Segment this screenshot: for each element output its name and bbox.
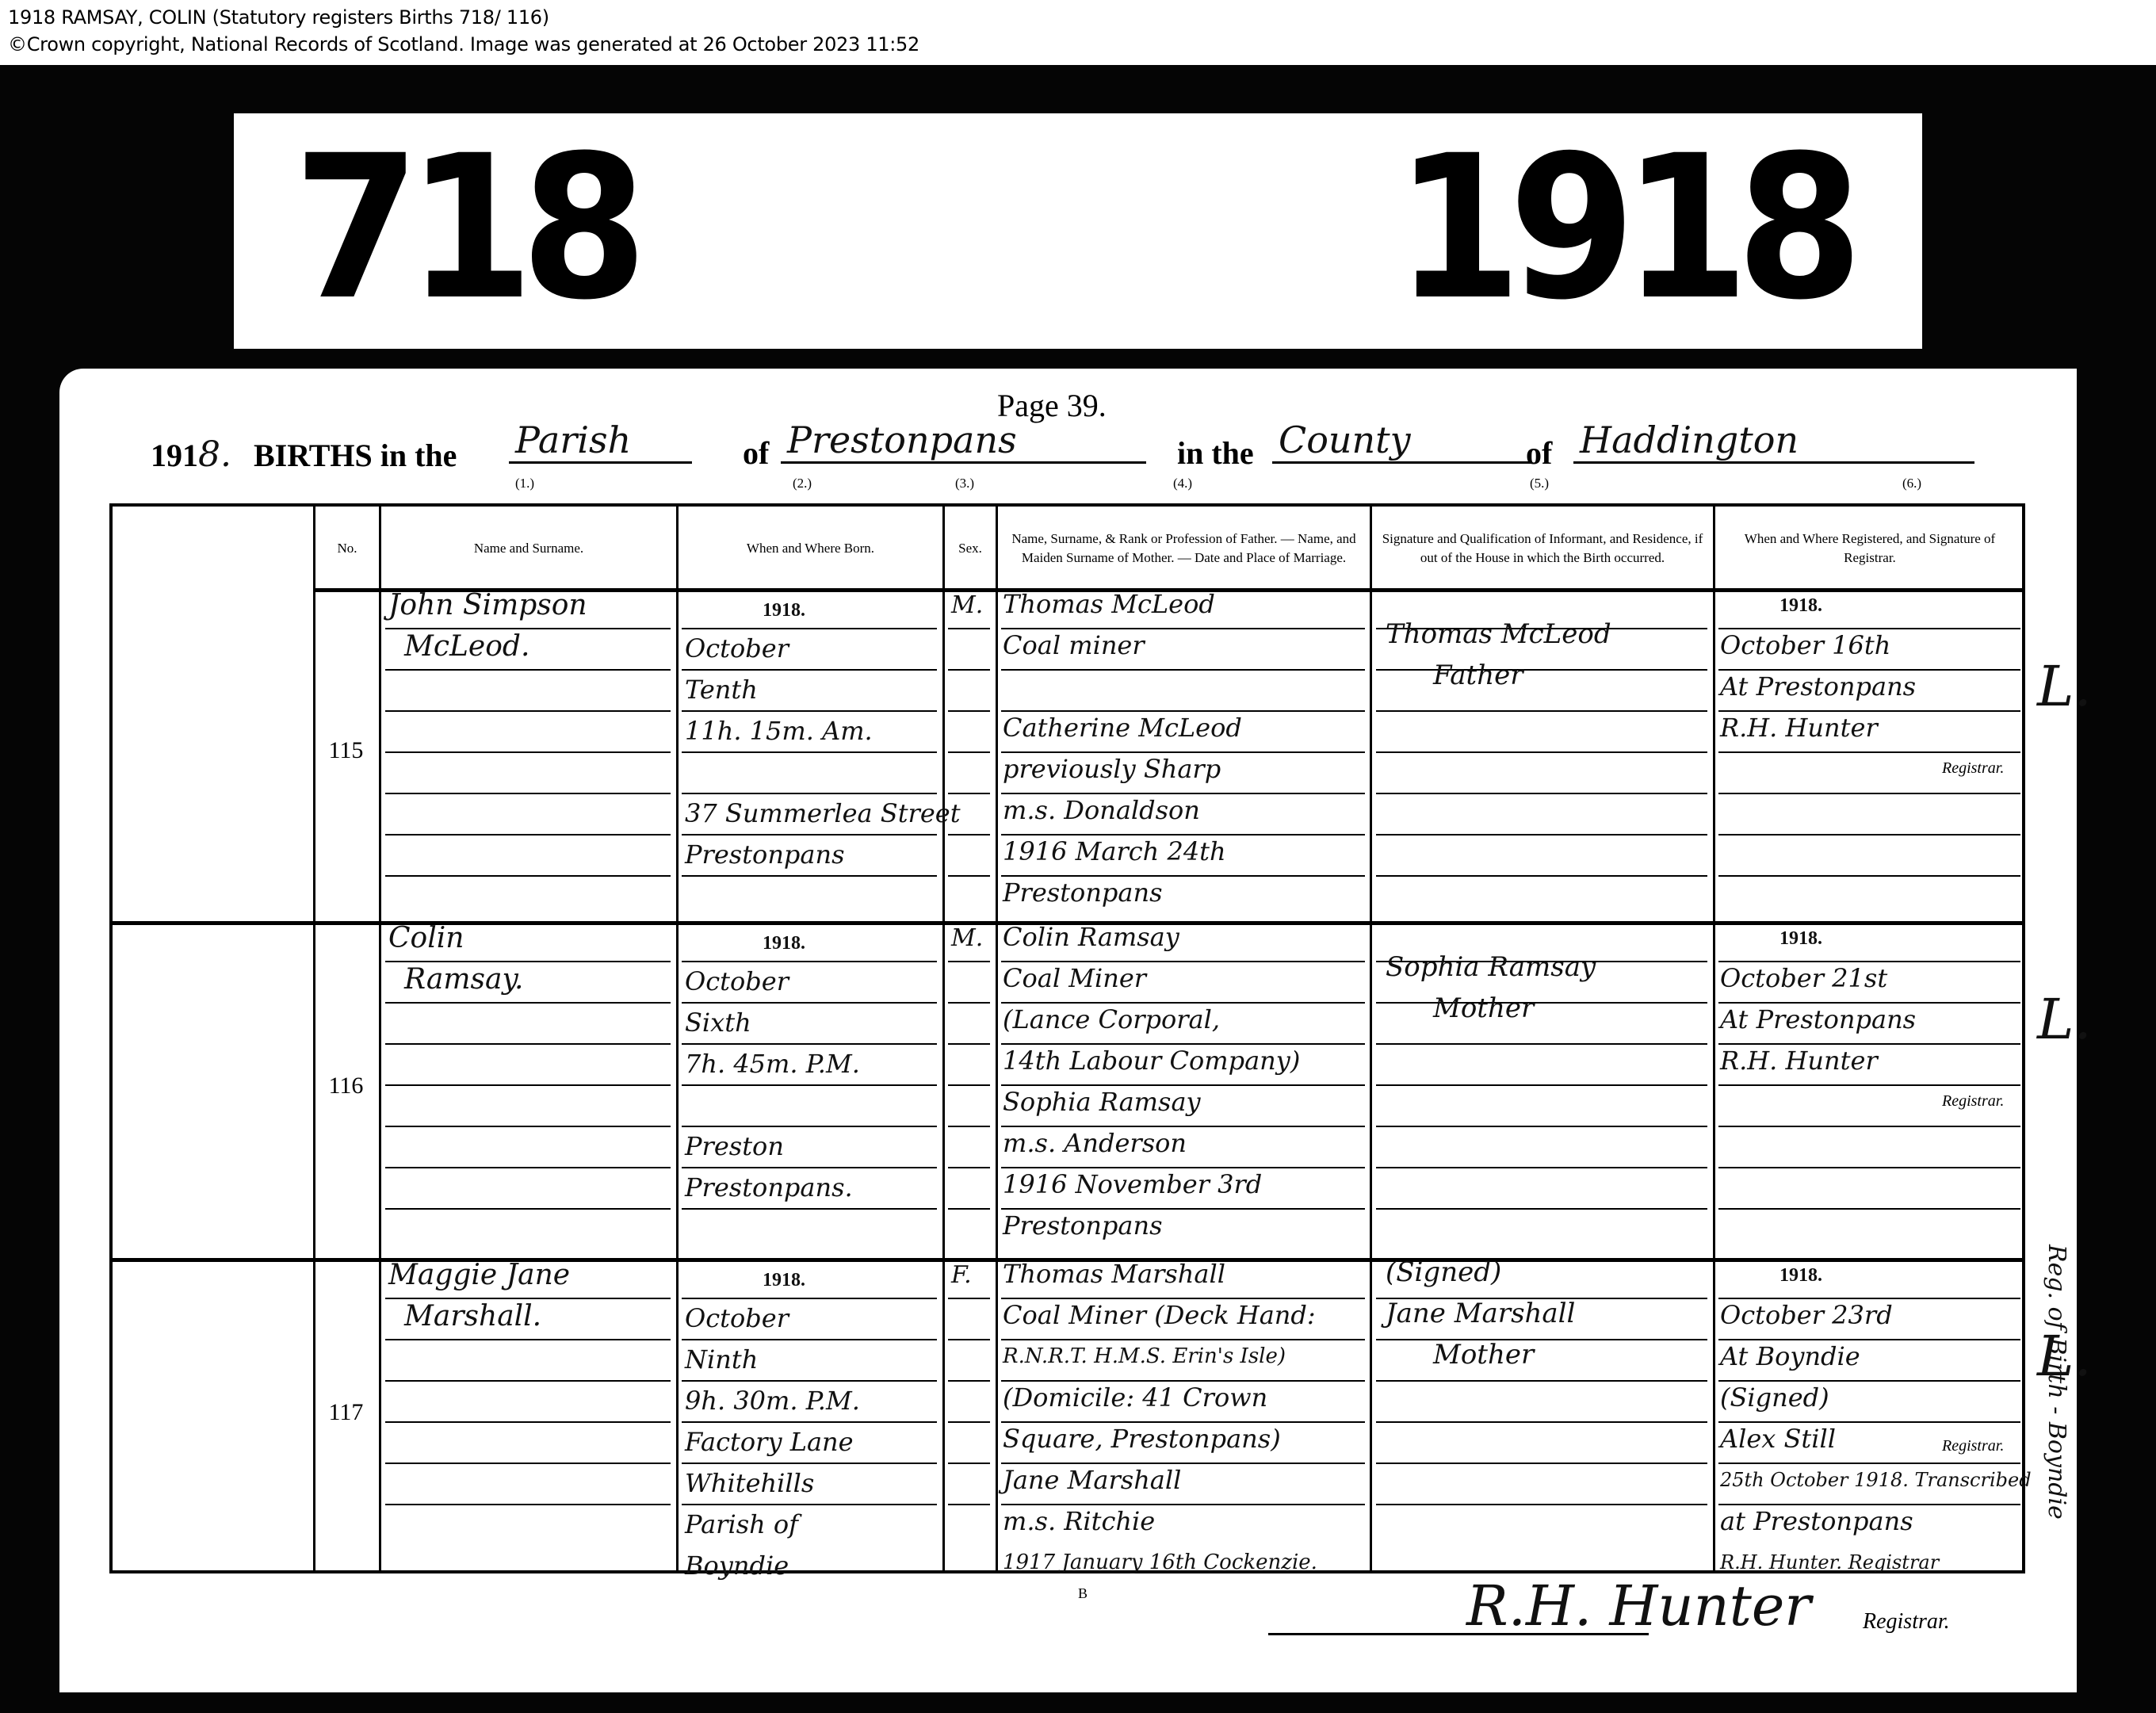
ruled-line: [948, 751, 990, 753]
registrar-label: Registrar.: [1942, 1437, 2004, 1455]
parish-name: Prestonpans: [781, 419, 1146, 464]
birth-detail-line: Boyndie: [685, 1550, 789, 1581]
ruled-line: [682, 751, 937, 753]
parents-detail-line: Prestonpans: [1003, 1210, 1163, 1241]
ruled-line: [1718, 1167, 2020, 1168]
ruled-line: [385, 793, 671, 794]
parents-detail-line: Thomas McLeod: [1003, 588, 1215, 620]
ruled-line: [1376, 710, 1707, 712]
ruled-line: [1376, 669, 1707, 671]
parents-detail-line: Colin Ramsay: [1003, 921, 1179, 953]
birth-year-text: 1918.: [763, 600, 805, 621]
ruled-line: [682, 875, 937, 877]
ruled-line: [385, 1084, 671, 1086]
register-year: 1918: [1395, 129, 1850, 327]
registration-detail-line: At Prestonpans: [1720, 671, 1916, 702]
of-label-1: of: [743, 434, 769, 472]
parents-detail-line: m.s. Donaldson: [1003, 794, 1200, 826]
ruled-line: [948, 1504, 990, 1505]
registration-year: 1918.: [1779, 920, 1822, 954]
birth-year-text: 1918.: [763, 933, 805, 954]
birth-detail-line: 11h. 15m. Am.: [685, 715, 873, 747]
ruled-line: [1376, 1126, 1707, 1127]
ruled-line: [1376, 875, 1707, 877]
registration-detail-line: At Prestonpans: [1720, 1004, 1916, 1035]
header-name: Name and Surname.: [381, 507, 676, 590]
birth-detail-line: 7h. 45m. P.M.: [685, 1048, 860, 1080]
entry-number: 115: [313, 737, 379, 764]
sex-value: F.: [951, 1260, 972, 1291]
birth-detail-line: Sixth: [685, 1007, 751, 1038]
ruled-line: [1718, 834, 2020, 835]
informant-line: Thomas McLeod: [1386, 618, 1611, 650]
column-number-3: (3.): [955, 476, 974, 491]
ruled-line: [1718, 1084, 2020, 1086]
header-sex: Sex.: [945, 507, 996, 590]
ruled-line: [682, 1504, 937, 1505]
ruled-line: [1376, 1043, 1707, 1045]
ruled-line: [385, 875, 671, 877]
informant-line: Sophia Ramsay: [1386, 951, 1596, 983]
ruled-line: [385, 1167, 671, 1168]
ruled-line: [385, 669, 671, 671]
parents-detail-line: Thomas Marshall: [1003, 1258, 1225, 1290]
margin-note: Reg. of Birth - Boyndie: [2043, 1245, 2070, 1520]
margin-initial-mark: L.: [2037, 654, 2092, 719]
column-rule: [1370, 507, 1372, 1570]
column-number-6: (6.): [1902, 476, 1921, 491]
birth-detail-line: October: [685, 965, 789, 997]
column-rule: [1713, 507, 1715, 1570]
ruled-line: [948, 1126, 990, 1127]
division-type: Parish: [509, 419, 692, 464]
ruled-line: [385, 1421, 671, 1423]
informant-line: (Signed): [1386, 1256, 1501, 1288]
ruled-line: [682, 1421, 937, 1423]
year-prefix: 191: [151, 438, 198, 473]
parents-detail-line: 1917 January 16th Cockenzie.: [1003, 1547, 1317, 1578]
ruled-line: [948, 793, 990, 794]
ruled-line: [385, 961, 671, 962]
birth-detail-line: Parish of: [685, 1508, 798, 1540]
ruled-line: [385, 1504, 671, 1505]
ruled-line: [948, 1167, 990, 1168]
child-name-line: Maggie Jane: [388, 1260, 570, 1291]
year-suffix: 8.: [198, 434, 231, 475]
ruled-line: [385, 1463, 671, 1464]
header-born: When and Where Born.: [679, 507, 942, 590]
ruled-line: [1376, 1002, 1707, 1004]
ruled-line: [385, 834, 671, 835]
parents-detail-line: 1916 March 24th: [1003, 835, 1226, 867]
births-in-the-label: BIRTHS in the: [254, 438, 457, 473]
registration-detail-line: R.H. Hunter: [1720, 712, 1878, 744]
ruled-line: [682, 834, 937, 835]
ruled-line: [1376, 1421, 1707, 1423]
child-name-line: Marshall.: [404, 1301, 541, 1333]
registration-year-text: 1918.: [1779, 1265, 1822, 1286]
birth-detail-line: Tenth: [685, 674, 758, 705]
birth-detail-line: Preston: [685, 1130, 784, 1162]
birth-detail-line: Whitehills: [685, 1467, 814, 1499]
ruled-line: [385, 1208, 671, 1210]
informant-line: Mother: [1433, 992, 1534, 1024]
parents-detail-line: Coal Miner (Deck Hand:: [1003, 1299, 1316, 1331]
birth-detail-line: Prestonpans: [685, 839, 845, 870]
birth-detail-line: October: [685, 1302, 789, 1334]
column-rule: [996, 507, 998, 1570]
ruled-line: [1376, 1339, 1707, 1340]
ruled-line: [948, 1208, 990, 1210]
in-the-label: in the: [1177, 434, 1254, 472]
sex-value: M.: [951, 590, 983, 621]
parents-detail-line: previously Sharp: [1003, 753, 1221, 785]
sex-value: M.: [951, 923, 983, 954]
birth-detail-line: Ninth: [685, 1344, 758, 1375]
ruled-line: [948, 1339, 990, 1340]
ruled-line: [1376, 1167, 1707, 1168]
ruled-line: [948, 628, 990, 629]
birth-detail-line: Factory Lane: [685, 1426, 854, 1458]
parents-detail-line: R.N.R.T. H.M.S. Erin's Isle): [1003, 1340, 1286, 1372]
column-rule: [942, 507, 945, 1570]
ruled-line: [385, 1339, 671, 1340]
of-label-2: of: [1526, 434, 1552, 472]
parents-detail-line: Coal miner: [1003, 629, 1145, 661]
registration-detail-line: October 21st: [1720, 962, 1887, 994]
registrar-label: Registrar.: [1863, 1609, 1950, 1635]
ruled-line: [948, 961, 990, 962]
child-name-line: Colin: [388, 923, 464, 954]
ruled-line: [385, 1126, 671, 1127]
registration-detail-line: Alex Still: [1720, 1423, 1836, 1455]
ruled-line: [682, 669, 937, 671]
ruled-line: [385, 751, 671, 753]
ruled-line: [385, 1043, 671, 1045]
registration-year-text: 1918.: [1779, 928, 1822, 949]
registration-year: 1918.: [1779, 1256, 1822, 1291]
parents-detail-line: (Domicile: 41 Crown: [1003, 1382, 1267, 1413]
ruled-line: [1376, 793, 1707, 794]
ruled-line: [682, 1208, 937, 1210]
registration-detail-line: R.H. Hunter: [1720, 1045, 1878, 1076]
birth-year: 1918.: [763, 924, 805, 959]
ruled-line: [948, 1380, 990, 1382]
ruled-line: [682, 1002, 937, 1004]
registration-detail-line: (Signed): [1720, 1382, 1829, 1413]
registration-detail-line: October 16th: [1720, 629, 1890, 661]
ruled-line: [682, 793, 937, 794]
ruled-line: [682, 710, 937, 712]
registration-year-text: 1918.: [1779, 595, 1822, 616]
column-number-2: (2.): [793, 476, 812, 491]
ruled-line: [1376, 1504, 1707, 1505]
parents-detail-line: Sophia Ramsay: [1003, 1086, 1201, 1118]
birth-detail-line: 37 Summerlea Street: [685, 797, 961, 829]
record-title: 1918 RAMSAY, COLIN (Statutory registers …: [8, 6, 549, 29]
column-number-5: (5.): [1530, 476, 1549, 491]
parents-detail-line: 1916 November 3rd: [1003, 1168, 1262, 1200]
ruled-line: [682, 1380, 937, 1382]
ruled-line: [948, 710, 990, 712]
birth-year: 1918.: [763, 1261, 805, 1296]
parents-detail-line: Prestonpans: [1003, 877, 1163, 908]
ruled-line: [682, 1339, 937, 1340]
ruled-line: [948, 1463, 990, 1464]
ruled-line: [948, 1298, 990, 1299]
parents-detail-line: 14th Labour Company): [1003, 1045, 1300, 1076]
header-no: No.: [315, 507, 379, 590]
ruled-line: [1718, 1208, 2020, 1210]
informant-line: Father: [1433, 660, 1523, 691]
informant-line: Mother: [1433, 1339, 1534, 1371]
parents-detail-line: Jane Marshall: [1003, 1464, 1181, 1496]
ruled-line: [1376, 1208, 1707, 1210]
entry-number: 117: [313, 1399, 379, 1426]
ruled-line: [948, 1421, 990, 1423]
registrar-label: Registrar.: [1942, 759, 2004, 778]
ruled-line: [1376, 1463, 1707, 1464]
ruled-line: [682, 1167, 937, 1168]
child-name-line: McLeod.: [404, 631, 529, 663]
ruled-line: [1376, 751, 1707, 753]
ruled-line: [1718, 751, 2020, 753]
registrar-label: Registrar.: [1942, 1092, 2004, 1111]
registration-year: 1918.: [1779, 587, 1822, 621]
county-name: Haddington: [1573, 419, 1974, 464]
ruled-line: [682, 1126, 937, 1127]
ruled-line: [1001, 669, 1365, 671]
ruled-line: [385, 1380, 671, 1382]
birth-detail-line: 9h. 30m. P.M.: [685, 1385, 860, 1417]
ruled-line: [682, 1298, 937, 1299]
child-name-line: John Simpson: [388, 590, 587, 621]
parents-detail-line: Square, Prestonpans): [1003, 1423, 1281, 1455]
registrar-signature: R.H. Hunter: [1466, 1573, 1811, 1638]
ruled-line: [948, 875, 990, 877]
birth-detail-line: Prestonpans.: [685, 1172, 853, 1203]
ruled-line: [1718, 875, 2020, 877]
column-number-4: (4.): [1173, 476, 1192, 491]
ruled-line: [682, 1084, 937, 1086]
birth-year: 1918.: [763, 591, 805, 626]
child-name-line: Ramsay.: [404, 964, 523, 996]
ruled-line: [385, 628, 671, 629]
column-rule: [676, 507, 679, 1570]
ruled-line: [948, 834, 990, 835]
header-parents: Name, Surname, & Rank or Profession of F…: [998, 507, 1370, 590]
ruled-line: [1376, 1380, 1707, 1382]
district-number: 718: [293, 129, 634, 327]
ruled-line: [682, 1043, 937, 1045]
ruled-line: [1376, 1084, 1707, 1086]
entry-number: 116: [313, 1073, 379, 1099]
ruled-line: [682, 961, 937, 962]
sheet-mark: B: [1078, 1585, 1088, 1602]
parents-detail-line: m.s. Ritchie: [1003, 1505, 1155, 1537]
ruled-line: [682, 628, 937, 629]
ruled-line: [1718, 1126, 2020, 1127]
parents-detail-line: Coal Miner: [1003, 962, 1146, 994]
ruled-line: [385, 1298, 671, 1299]
ruled-line: [385, 710, 671, 712]
signature-rule: [1268, 1633, 1649, 1635]
registration-detail-line: At Boyndie: [1720, 1340, 1860, 1372]
parents-detail-line: m.s. Anderson: [1003, 1127, 1187, 1159]
parents-detail-line: (Lance Corporal,: [1003, 1004, 1220, 1035]
registration-detail-line: at Prestonpans: [1720, 1505, 1913, 1537]
margin-initial-mark: L.: [2037, 987, 2092, 1052]
ruled-line: [385, 1002, 671, 1004]
region-type: County: [1272, 419, 1531, 464]
column-rule: [379, 507, 381, 1570]
ruled-line: [948, 1002, 990, 1004]
birth-year-text: 1918.: [763, 1270, 805, 1290]
column-number-1: (1.): [515, 476, 534, 491]
register-title: 1918. BIRTHS in the: [151, 434, 457, 475]
informant-line: Jane Marshall: [1386, 1298, 1575, 1329]
ruled-line: [948, 1043, 990, 1045]
register-label-card: 718 1918: [234, 113, 1922, 349]
registration-detail-line: October 23rd: [1720, 1299, 1893, 1331]
registration-detail-line: 25th October 1918. Transcribed: [1720, 1464, 2032, 1496]
birth-detail-line: October: [685, 633, 789, 664]
ruled-line: [1376, 834, 1707, 835]
parents-detail-line: Catherine McLeod: [1003, 712, 1242, 744]
ruled-line: [1718, 793, 2020, 794]
header-informant: Signature and Qualification of Informant…: [1372, 507, 1713, 590]
ruled-line: [682, 1463, 937, 1464]
header-registered: When and Where Registered, and Signature…: [1715, 507, 2024, 590]
ruled-line: [948, 669, 990, 671]
copyright-notice: ©Crown copyright, National Records of Sc…: [8, 33, 919, 55]
ruled-line: [948, 1084, 990, 1086]
